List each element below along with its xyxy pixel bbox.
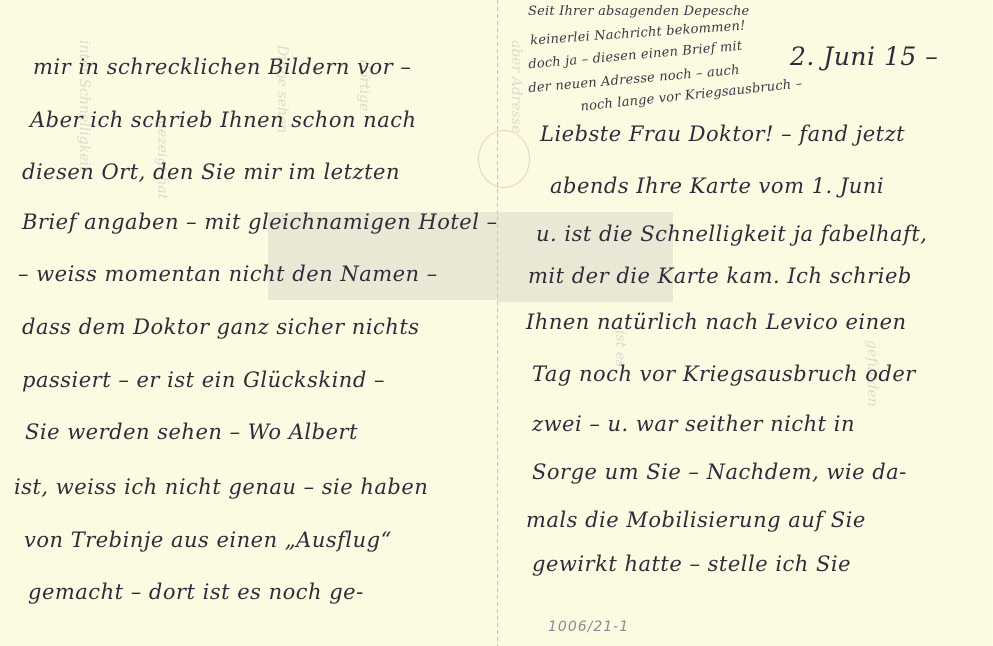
- letter-line: mals die Mobilisierung auf Sie: [526, 508, 866, 532]
- letter-line: diesen Ort, den Sie mir im letzten: [22, 160, 400, 184]
- letter-line: gewirkt hatte – stelle ich Sie: [532, 552, 851, 576]
- letter-date: 2. Juni 15 –: [790, 42, 938, 71]
- letter-line: gemacht – dort ist es noch ge-: [28, 580, 364, 604]
- letter-line: – weiss momentan nicht den Namen –: [18, 262, 438, 286]
- letter-line: Ihnen natürlich nach Levico einen: [526, 310, 907, 334]
- letter-line: Sie werden sehen – Wo Albert: [25, 420, 358, 444]
- letter-line: ist, weiss ich nicht genau – sie haben: [14, 475, 428, 499]
- letter-line: zwei – u. war seither nicht in: [532, 412, 855, 436]
- right-page: Seit Ihrer absagenden Depesche keinerlei…: [500, 0, 993, 646]
- letter-line: Brief angaben – mit gleichnamigen Hotel …: [22, 210, 498, 234]
- letter-scan: inter Schnelligkeit gezeigt hat Dinge se…: [0, 0, 993, 646]
- letter-line: u. ist die Schnelligkeit ja fabelhaft,: [536, 222, 927, 246]
- letter-line: von Trebinje aus einen „Ausflug“: [24, 528, 392, 552]
- letter-line: Sorge um Sie – Nachdem, wie da-: [532, 460, 907, 484]
- letter-line: passiert – er ist ein Glückskind –: [22, 368, 385, 392]
- left-page: mir in schrecklichen Bildern vor – Aber …: [0, 0, 498, 646]
- letter-line: abends Ihre Karte vom 1. Juni: [550, 174, 884, 198]
- margin-note-line: Seit Ihrer absagenden Depesche: [528, 4, 749, 19]
- letter-line: dass dem Doktor ganz sicher nichts: [22, 315, 420, 339]
- letter-line: mir in schrecklichen Bildern vor –: [33, 55, 411, 79]
- letter-line: Aber ich schrieb Ihnen schon nach: [30, 108, 417, 132]
- letter-line: mit der die Karte kam. Ich schrieb: [528, 264, 912, 288]
- archive-reference-number: 1006/21-1: [548, 619, 629, 635]
- letter-line: Liebste Frau Doktor! – fand jetzt: [540, 122, 905, 146]
- letter-line: Tag noch vor Kriegsausbruch oder: [532, 362, 916, 386]
